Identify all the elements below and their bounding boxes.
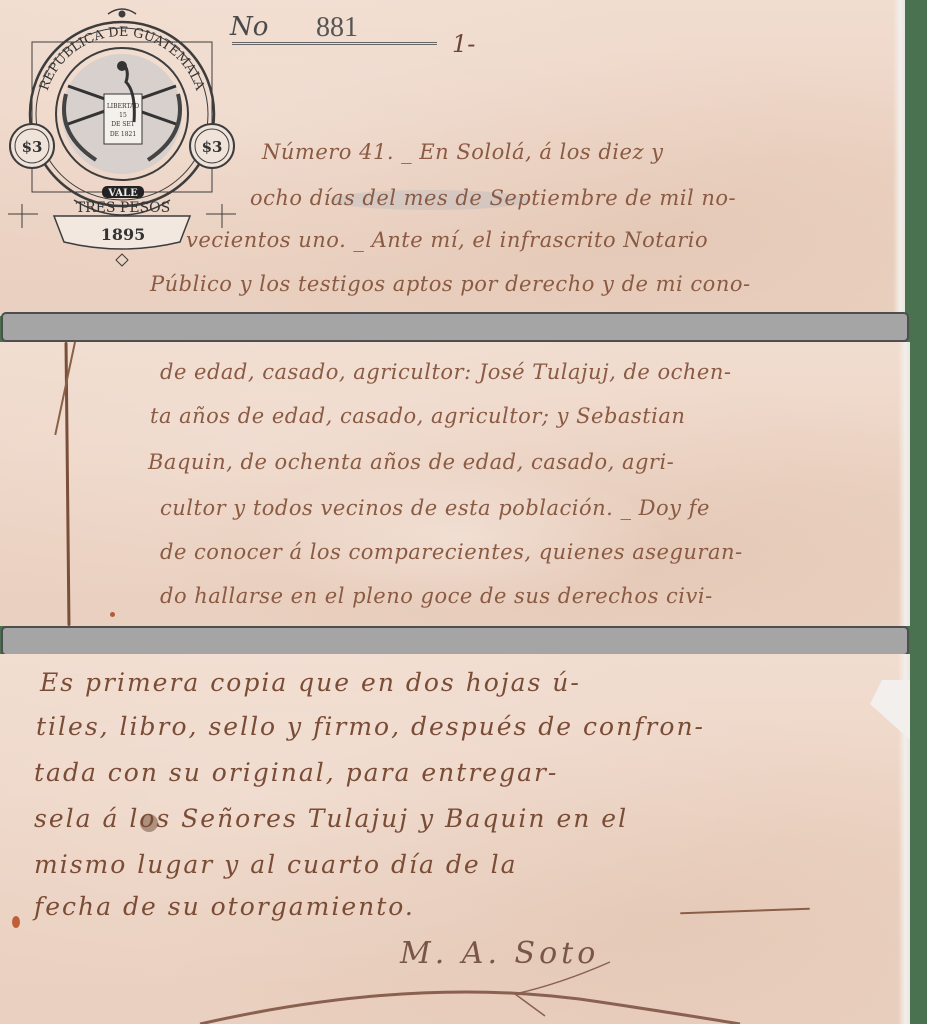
- torn-paper-edge: [898, 342, 910, 626]
- stamp-year: 1895: [101, 225, 146, 244]
- redaction-bar: [1, 312, 909, 342]
- svg-text:15: 15: [119, 112, 127, 119]
- text-line: Público y los testigos aptos por derecho…: [150, 272, 751, 296]
- page-number: 1-: [452, 30, 475, 58]
- stamp-value-right: $3: [202, 138, 223, 156]
- text-line: sela á los Señores Tulajuj y Baquin en e…: [34, 804, 628, 833]
- text-line: ocho días del mes de Septiembre de mil n…: [250, 186, 736, 210]
- text-line: vecientos uno. _ Ante mí, el infrascrito…: [186, 228, 708, 252]
- serial-value: 881: [316, 12, 358, 44]
- document-strip-2: de edad, casado, agricultor: José Tulaju…: [0, 342, 910, 626]
- redaction-bar: [1, 626, 909, 656]
- text-line: tiles, libro, sello y firmo, después de …: [36, 712, 705, 741]
- stamp-serial-number: No 881: [230, 12, 445, 46]
- serial-underline: [232, 42, 437, 45]
- text-line: Es primera copia que en dos hojas ú-: [40, 668, 581, 697]
- text-line: ta años de edad, casado, agricultor; y S…: [150, 404, 685, 428]
- torn-paper-edge: [893, 0, 905, 316]
- svg-text:DE 1821: DE 1821: [110, 131, 136, 138]
- text-line: de conocer á los comparecientes, quienes…: [160, 540, 743, 564]
- text-line: de edad, casado, agricultor: José Tulaju…: [160, 360, 731, 384]
- number-prefix: No: [230, 12, 268, 42]
- text-line: do hallarse en el pleno goce de sus dere…: [160, 584, 713, 608]
- text-line: fecha de su otorgamiento.: [34, 892, 415, 921]
- document-strip-1: LIBERTAD 15 DE SET DE 1821 $3 $3 VALE TR…: [0, 0, 905, 316]
- rust-spot: [12, 916, 20, 928]
- ink-spot: [110, 612, 115, 617]
- stamp-denomination: TRES PESOS: [76, 200, 170, 216]
- signature-rubric: [0, 954, 910, 1024]
- text-line: cultor y todos vecinos de esta población…: [160, 496, 710, 520]
- stamp-vale-label: VALE: [107, 188, 138, 199]
- scroll-line-1: LIBERTAD: [107, 103, 140, 110]
- closing-flourish: [680, 908, 810, 915]
- svg-text:DE SET: DE SET: [111, 121, 135, 128]
- document-strip-3: Es primera copia que en dos hojas ú- til…: [0, 654, 910, 1024]
- text-line: mismo lugar y al cuarto día de la: [34, 850, 518, 879]
- text-line: Número 41. _ En Sololá, á los diez y: [262, 140, 664, 164]
- paper-tear: [870, 680, 910, 740]
- stamp-value-left: $3: [22, 138, 43, 156]
- text-line: Baquin, de ochenta años de edad, casado,…: [148, 450, 674, 474]
- text-line: tada con su original, para entregar-: [34, 758, 558, 787]
